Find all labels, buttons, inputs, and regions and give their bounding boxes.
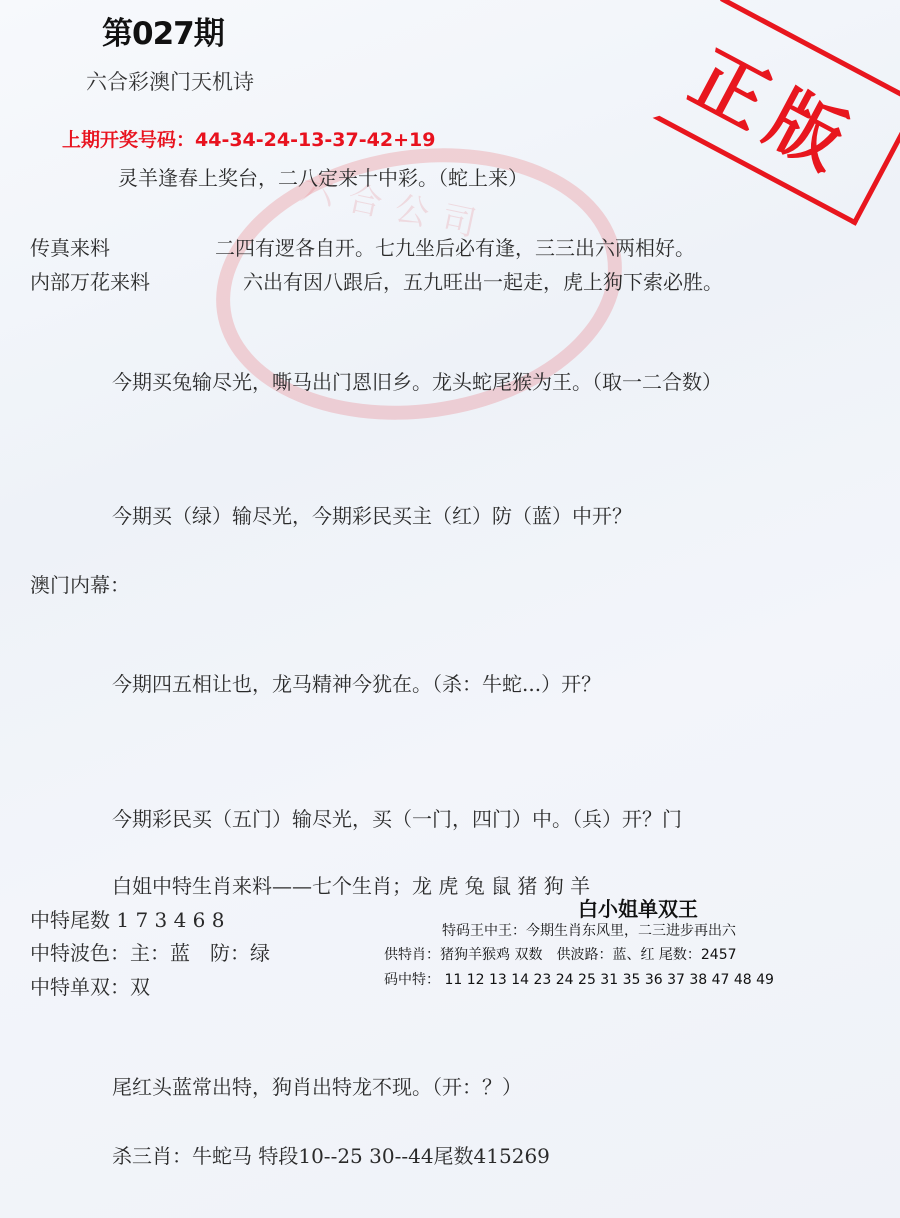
macau-label: 澳门内幕：: [30, 569, 130, 598]
color-line: 今期买（绿）输尽光，今期彩民买主（红）防（蓝）中开？: [112, 500, 632, 529]
internal-text: 六出有因八跟后，五九旺出一起走，虎上狗下索必胜。: [243, 266, 723, 295]
last-draw-numbers: 上期开奖号码：44-34-24-13-37-42+19: [62, 125, 435, 152]
kill-line: 杀三肖：牛蛇马 特段10--25 30--44尾数415269: [112, 1140, 550, 1169]
subtitle: 六合彩澳门天机诗: [86, 66, 254, 96]
redtail-line: 尾红头蓝常出特，狗肖出特龙不现。（开：？）: [112, 1071, 522, 1100]
zodiac7-line: 白姐中特生肖来料——七个生肖；龙 虎 兔 鼠 猪 狗 羊: [112, 870, 590, 899]
wave-line: 中特波色：主：蓝 防：绿: [30, 937, 270, 966]
fax-text: 二四有逻各自开。七九坐后必有逢，三三出六两相好。: [215, 232, 695, 261]
tail-line: 中特尾数 1 7 3 4 6 8: [30, 904, 225, 933]
fax-label: 传真来料: [30, 232, 110, 261]
issue-title: 第027期: [102, 8, 224, 53]
internal-label: 内部万花来料: [30, 266, 150, 295]
poem-line: 灵羊逢春上奖台，二八定来十中彩。（蛇上来）: [118, 162, 528, 191]
gates-line: 今期彩民买（五门）输尽光，买（一门，四门）中。（兵）开？门: [112, 803, 682, 832]
rabbit-line: 今期买兔输尽光，嘶马出门恩旧乡。龙头蛇尾猴为王。（取一二合数）: [112, 366, 722, 395]
box-line-3: 码中特： 11 12 13 14 23 24 25 31 35 36 37 38…: [384, 969, 774, 989]
box-line-1: 特码王中王：今期生肖东风里，二三进步再出六: [442, 920, 736, 940]
box-title: 白小姐单双王: [578, 893, 698, 922]
oddeven-line: 中特单双：双: [30, 971, 150, 1000]
box-line-2: 供特肖：猪狗羊猴鸡 双数 供波路：蓝、红 尾数：2457: [384, 944, 737, 964]
fourfive-line: 今期四五相让也，龙马精神今犹在。（杀：牛蛇...）开？: [112, 668, 601, 697]
